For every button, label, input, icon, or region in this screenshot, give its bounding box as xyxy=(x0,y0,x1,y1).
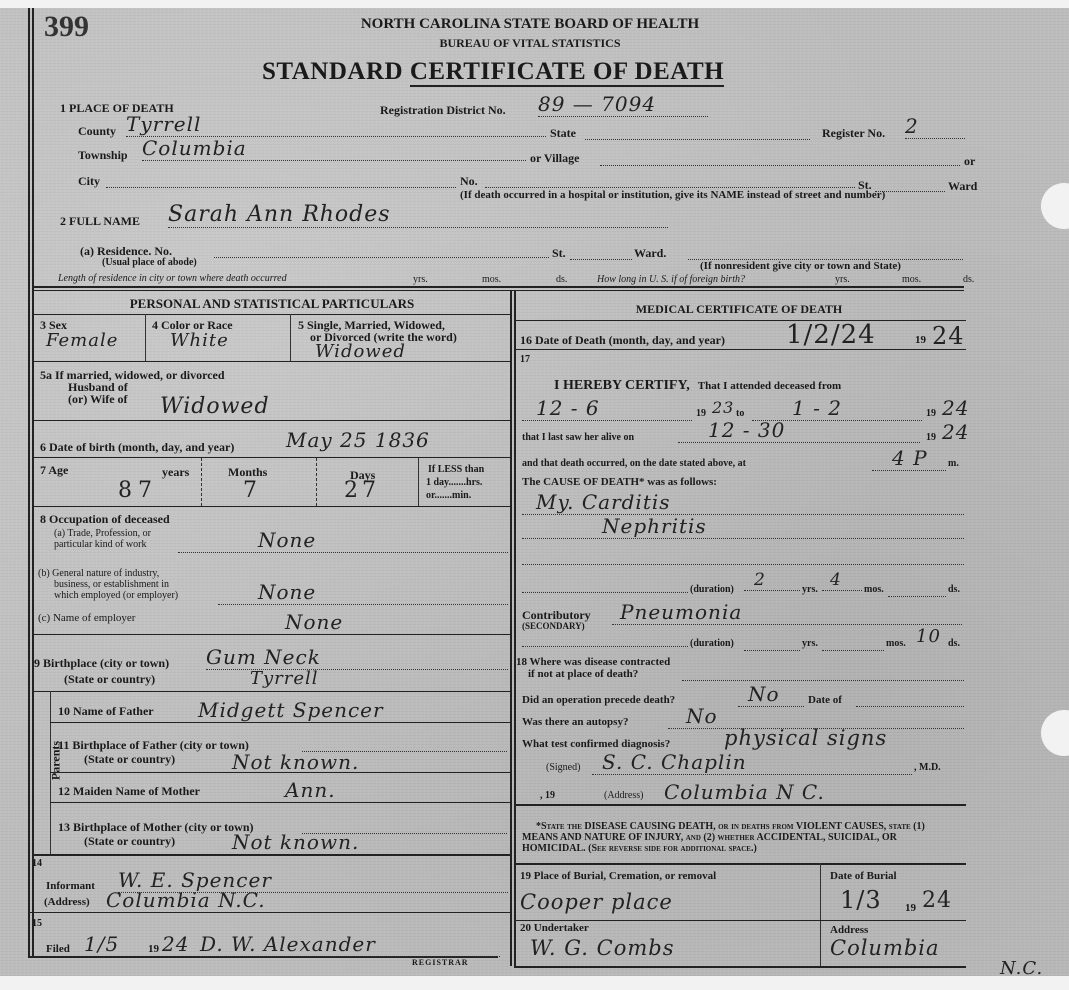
contrib-years-field xyxy=(744,638,800,651)
duration-mos-label: mos. xyxy=(864,584,884,595)
spouse-value: Widowed xyxy=(160,394,270,419)
father-birthplace-value: Not known. xyxy=(232,750,359,774)
death-certificate: 399 NORTH CAROLINA STATE BOARD OF HEALTH… xyxy=(0,8,1069,976)
burial-date-value: 1/3 xyxy=(840,886,882,914)
age-months-value: 7 xyxy=(243,478,258,503)
agency-name: NORTH CAROLINA STATE BOARD OF HEALTH xyxy=(290,16,770,33)
trade-label-2: particular kind of work xyxy=(54,539,146,550)
rule xyxy=(514,320,966,321)
document-title: STANDARD CERTIFICATE OF DEATH xyxy=(262,58,724,86)
rule xyxy=(514,804,966,806)
column-divider xyxy=(510,290,512,966)
cause-primary-3 xyxy=(522,554,964,565)
duration-days-field xyxy=(888,584,946,597)
filed-number: 15 xyxy=(32,918,42,929)
death-time-value: 4 P xyxy=(872,446,946,471)
residence-field xyxy=(214,244,549,258)
to-year: 24 xyxy=(942,396,969,420)
age-days-value: 27 xyxy=(344,478,380,503)
secondary-label: (SECONDARY) xyxy=(522,621,585,631)
rule xyxy=(50,772,510,773)
residence-ward-field xyxy=(688,246,963,260)
city-field xyxy=(106,174,456,188)
dob-label: 6 Date of birth (month, day, and year) xyxy=(40,440,234,455)
from-year: 23 xyxy=(712,398,734,417)
birthplace-city-value: Gum Neck xyxy=(206,645,508,670)
length-of-residence-label: Length of residence in city or town wher… xyxy=(58,273,287,284)
informant-label: Informant xyxy=(46,880,95,892)
township-value: Columbia xyxy=(142,136,526,161)
death-time-label: and that death occurred, on the date sta… xyxy=(522,458,746,469)
undertaker-address-value: Columbia xyxy=(830,936,940,960)
employer-value: None xyxy=(285,610,343,634)
state-label: State xyxy=(550,126,576,141)
rule xyxy=(34,634,510,635)
father-name-value: Midgett Spencer xyxy=(198,698,384,722)
father-birthplace-label: 11 Birthplace of Father (city or town) xyxy=(58,738,249,753)
registration-district-number: 89 — 7094 xyxy=(538,92,708,117)
contrib-duration-days: 10 xyxy=(916,626,941,647)
foreign-birth-label: How long in U. S. if of foreign birth? xyxy=(597,274,745,285)
age-label: 7 Age xyxy=(40,463,68,478)
father-state-label: (State or country) xyxy=(84,752,175,767)
contracted-label-2: if not at place of death? xyxy=(528,668,638,680)
burial-place-value: Cooper place xyxy=(520,890,673,914)
race-value: White xyxy=(170,330,229,351)
autopsy-label: Was there an autopsy? xyxy=(522,716,628,728)
county-value: Tyrrell xyxy=(126,112,546,137)
last-saw-date: 12 - 30 xyxy=(678,418,920,443)
less-hrs-label: 1 day.......hrs. xyxy=(426,477,482,488)
rule xyxy=(50,802,510,803)
filed-label: Filed xyxy=(46,943,70,955)
bureau-name: BUREAU OF VITAL STATISTICS xyxy=(290,36,770,51)
county-label: County xyxy=(78,124,116,139)
contrib-ds-label: ds. xyxy=(948,638,960,649)
register-number-label: Register No. xyxy=(822,126,885,141)
village-field xyxy=(600,152,960,166)
contracted-field xyxy=(682,668,964,681)
residence-ward-label: Ward. xyxy=(634,246,666,261)
title-standard: STANDARD xyxy=(262,58,403,85)
burial-year-prefix: 19 xyxy=(905,902,916,914)
frame-left-inner xyxy=(32,8,34,956)
last-saw-label: that I last saw her alive on xyxy=(522,432,634,443)
cause-primary-2: Nephritis xyxy=(522,514,964,539)
state-field xyxy=(585,126,810,140)
burial-divider xyxy=(820,863,821,966)
certify-text: That I attended deceased from xyxy=(698,380,841,392)
street-number-label: No. xyxy=(460,174,478,189)
duration-months: 4 xyxy=(822,570,862,591)
rule xyxy=(34,506,510,507)
contrib-mos-label: mos. xyxy=(886,638,906,649)
industry-label-3: which employed (or employer) xyxy=(54,590,178,601)
mother-birthplace-value: Not known. xyxy=(232,830,359,854)
rule xyxy=(28,912,510,913)
burial-year: 24 xyxy=(922,888,952,913)
duration-yrs-label: yrs. xyxy=(802,584,818,595)
contrib-duration-label: (duration) xyxy=(690,638,734,649)
ward-label: Ward xyxy=(948,179,977,194)
rule xyxy=(34,457,510,458)
birthplace-state-value: Tyrrell xyxy=(250,668,319,689)
burial-place-label: 19 Place of Burial, Cremation, or remova… xyxy=(520,870,716,882)
rule xyxy=(34,361,510,362)
duration-ds-label: ds. xyxy=(948,584,960,595)
mother-birthplace-label: 13 Birthplace of Mother (city or town) xyxy=(58,820,254,835)
title-certificate: CERTIFICATE OF DEATH xyxy=(410,58,724,87)
rule xyxy=(514,349,966,350)
attended-from-date: 12 - 6 xyxy=(522,396,692,421)
father-name-label: 10 Name of Father xyxy=(58,704,154,719)
rule xyxy=(514,863,966,865)
punch-hole xyxy=(1041,710,1069,756)
filed-year-prefix: 19 xyxy=(148,943,159,955)
cell-divider xyxy=(290,314,291,361)
residence-st-field xyxy=(570,246,632,260)
nonresident-note: (If nonresident give city or town and St… xyxy=(700,260,901,272)
rule xyxy=(34,420,510,421)
last-saw-year: 24 xyxy=(942,420,969,444)
registrar-label: REGISTRAR xyxy=(412,958,469,967)
contributory-value: Pneumonia xyxy=(612,600,962,625)
dod-year: 24 xyxy=(932,322,965,350)
punch-hole xyxy=(1041,183,1069,229)
residence-st-label: St. xyxy=(552,246,566,261)
md-label: , M.D. xyxy=(914,762,941,773)
physician-signature: S. C. Chaplin xyxy=(592,750,912,775)
undertaker-address-state: N.C. xyxy=(1000,958,1043,979)
industry-label: (b) General nature of industry, xyxy=(38,568,159,579)
spouse-label-3: (or) Wife of xyxy=(68,392,128,407)
filed-year: 24 xyxy=(162,932,189,956)
cell-divider xyxy=(316,458,317,506)
trade-value: None xyxy=(178,528,508,553)
rule xyxy=(34,290,964,291)
occupation-label: 8 Occupation of deceased xyxy=(40,512,170,527)
st-field xyxy=(875,178,945,192)
to-year-prefix: 19 xyxy=(926,408,936,419)
contrib-duration-field xyxy=(522,634,688,647)
informant-address-value: Columbia N.C. xyxy=(106,888,266,912)
duration-label: (duration) xyxy=(690,584,734,595)
trade-label: (a) Trade, Profession, or xyxy=(54,528,151,539)
medical-heading: MEDICAL CERTIFICATE OF DEATH xyxy=(514,302,964,317)
undertaker-value: W. G. Combs xyxy=(530,936,675,960)
operation-label: Did an operation precede death? xyxy=(522,694,675,706)
informant-address-label: (Address) xyxy=(44,896,90,908)
full-name-value: Sarah Ann Rhodes xyxy=(168,202,668,228)
sex-value: Female xyxy=(46,330,118,351)
contrib-months-field xyxy=(822,638,884,651)
certify-statement: I HEREBY CERTIFY, That I attended deceas… xyxy=(554,376,841,394)
registrar-signature: D. W. Alexander xyxy=(200,932,500,957)
marital-value: Widowed xyxy=(315,341,406,362)
filed-date: 1/5 xyxy=(84,932,119,956)
industry-value: None xyxy=(218,580,508,605)
rule xyxy=(34,854,510,856)
residence-note: (Usual place of abode) xyxy=(102,257,197,268)
dob-value: May 25 1836 xyxy=(286,428,430,452)
employer-label: (c) Name of employer xyxy=(38,612,135,624)
less-min-label: or.......min. xyxy=(426,490,471,501)
length-yrs: yrs. xyxy=(413,274,428,285)
cell-divider xyxy=(418,458,419,506)
death-time-suffix: m. xyxy=(948,458,959,469)
township-label: Township xyxy=(78,148,128,163)
duration-field xyxy=(522,580,688,593)
village-label: or Village xyxy=(530,151,579,166)
birthplace-label: 9 Birthplace (city or town) xyxy=(34,656,169,671)
cell-divider xyxy=(145,314,146,361)
rule xyxy=(34,314,510,315)
birthplace-state-label: (State or country) xyxy=(64,672,155,687)
cause-footnote: *State the DISEASE CAUSING DEATH, or in … xyxy=(522,821,962,854)
physician-address-label: (Address) xyxy=(604,790,643,801)
mother-name-value: Ann. xyxy=(285,778,336,802)
hospital-note: (If death occurred in a hospital or inst… xyxy=(460,189,885,201)
rule xyxy=(34,691,510,692)
test-label: What test confirmed diagnosis? xyxy=(522,738,670,750)
physician-address-value: Columbia N C. xyxy=(664,780,825,804)
certify-title: I HEREBY CERTIFY, xyxy=(554,378,690,393)
city-label: City xyxy=(78,174,100,189)
years-label: years xyxy=(162,465,189,480)
length-ds: ds. xyxy=(556,274,567,285)
frame-left-outer xyxy=(28,8,30,956)
last-saw-year-prefix: 19 xyxy=(926,432,936,443)
industry-label-2: business, or establishment in xyxy=(54,579,169,590)
less-than-label: If LESS than xyxy=(428,464,484,475)
dod-value: 1/2/24 xyxy=(786,320,876,350)
dod-label: 16 Date of Death (month, day, and year) xyxy=(520,333,725,348)
duration-years: 2 xyxy=(744,570,800,591)
signed-year-label: , 19 xyxy=(540,790,555,801)
contrib-yrs-label: yrs. xyxy=(802,638,818,649)
cause-label: The CAUSE OF DEATH* was as follows: xyxy=(522,476,717,488)
contracted-label: 18 Where was disease contracted xyxy=(516,656,670,668)
rule xyxy=(34,286,964,288)
mother-state-label: (State or country) xyxy=(84,834,175,849)
foreign-yrs: yrs. xyxy=(835,274,850,285)
full-name-label: 2 FULL NAME xyxy=(60,214,140,229)
or-label: or xyxy=(964,154,975,169)
burial-date-label: Date of Burial xyxy=(830,870,897,882)
test-value: physical signs xyxy=(724,726,887,750)
register-number-value: 2 xyxy=(905,114,965,139)
rule xyxy=(50,722,510,723)
cause-primary-1: My. Carditis xyxy=(522,490,964,515)
section-17-number: 17 xyxy=(520,354,530,365)
undertaker-label: 20 Undertaker xyxy=(520,922,589,934)
personal-heading: PERSONAL AND STATISTICAL PARTICULARS xyxy=(34,296,510,312)
foreign-mos: mos. xyxy=(902,274,921,285)
informant-number: 14 xyxy=(32,858,42,869)
age-years-value: 87 xyxy=(118,478,158,503)
certificate-number: 399 xyxy=(44,10,89,44)
mother-name-label: 12 Maiden Name of Mother xyxy=(58,784,200,799)
length-mos: mos. xyxy=(482,274,501,285)
signed-label: (Signed) xyxy=(546,762,580,773)
street-field xyxy=(485,174,855,188)
undertaker-address-label: Address xyxy=(830,924,868,936)
dod-year-prefix: 19 xyxy=(915,334,926,346)
rule xyxy=(514,920,966,921)
cell-divider xyxy=(201,458,202,506)
foreign-ds: ds. xyxy=(963,274,974,285)
rule xyxy=(514,966,966,968)
